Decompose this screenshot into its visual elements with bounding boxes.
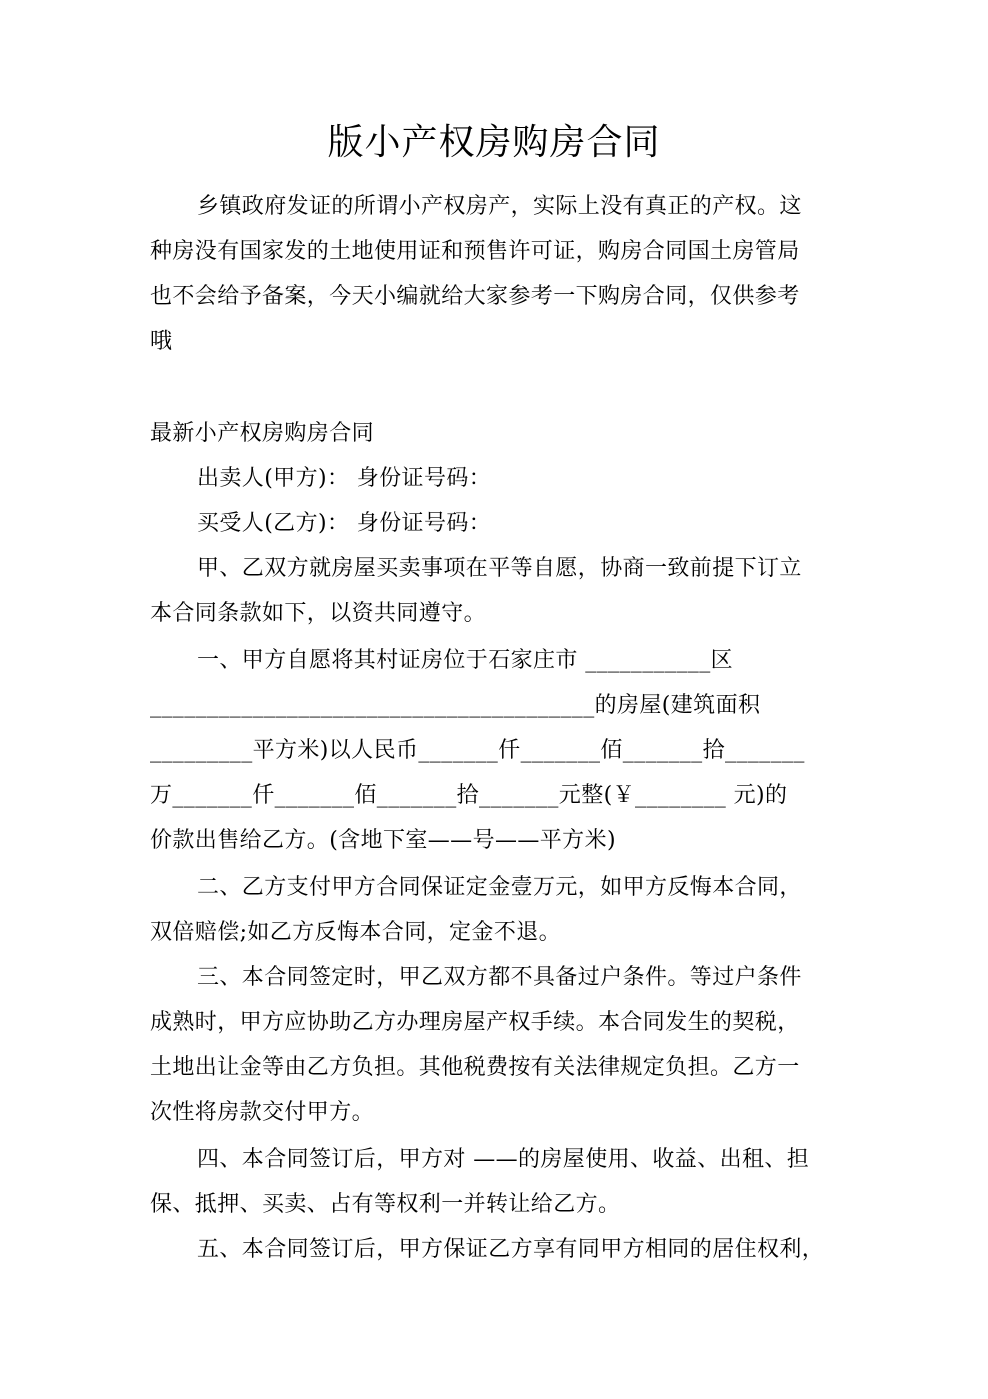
clause-line: 双倍赔偿;如乙方反悔本合同，定金不退。 [150,918,561,948]
clause-line: 保、抵押、买卖、占有等权利一并转让给乙方。 [150,1190,620,1220]
clause-line: 二、乙方支付甲方合同保证定金壹万元，如甲方反悔本合同， [197,873,802,903]
intro-line: 种房没有国家发的土地使用证和预售许可证，购房合同国土房管局 [150,237,800,267]
preamble-line: 甲、乙双方就房屋买卖事项在平等自愿，协商一致前提下订立 [197,554,802,584]
clause-line: _______________________________________的… [150,691,760,721]
clause-line: 成熟时，甲方应协助乙方办理房屋产权手续。本合同发生的契税， [150,1008,800,1038]
clause-line: 次性将房款交付甲方。 [150,1098,374,1128]
document-page: 版小产权房购房合同 乡镇政府发证的所谓小产权房产，实际上没有真正的产权。这 种房… [0,0,988,1399]
document-title: 版小产权房购房合同 [0,118,988,168]
clause-line: 价款出售给乙方。(含地下室——号——平方米) [150,826,616,856]
clause-line: 万_______仟_______佰_______拾_______元整(￥____… [150,781,787,811]
buyer-line: 买受人(乙方)： 身份证号码： [197,509,491,539]
preamble-line: 本合同条款如下，以资共同遵守。 [150,599,486,629]
seller-line: 出卖人(甲方)： 身份证号码： [197,464,491,494]
clause-line: 土地出让金等由乙方负担。其他税费按有关法律规定负担。乙方一 [150,1053,800,1083]
intro-line: 乡镇政府发证的所谓小产权房产，实际上没有真正的产权。这 [197,192,802,222]
intro-line: 也不会给予备案，今天小编就给大家参考一下购房合同，仅供参考 [150,282,800,312]
section-heading: 最新小产权房购房合同 [150,419,374,449]
intro-line: 哦 [150,327,172,357]
clause-line: _________平方米)以人民币_______仟_______佰_______… [150,736,805,766]
clause-line: 三、本合同签定时，甲乙双方都不具备过户条件。等过户条件 [197,963,802,993]
clause-line: 四、本合同签订后，甲方对 ——的房屋使用、收益、出租、担 [197,1145,809,1175]
clause-line: 一、甲方自愿将其村证房位于石家庄市 ___________区 [197,646,733,676]
clause-line: 五、本合同签订后，甲方保证乙方享有同甲方相同的居住权利， [197,1235,824,1265]
